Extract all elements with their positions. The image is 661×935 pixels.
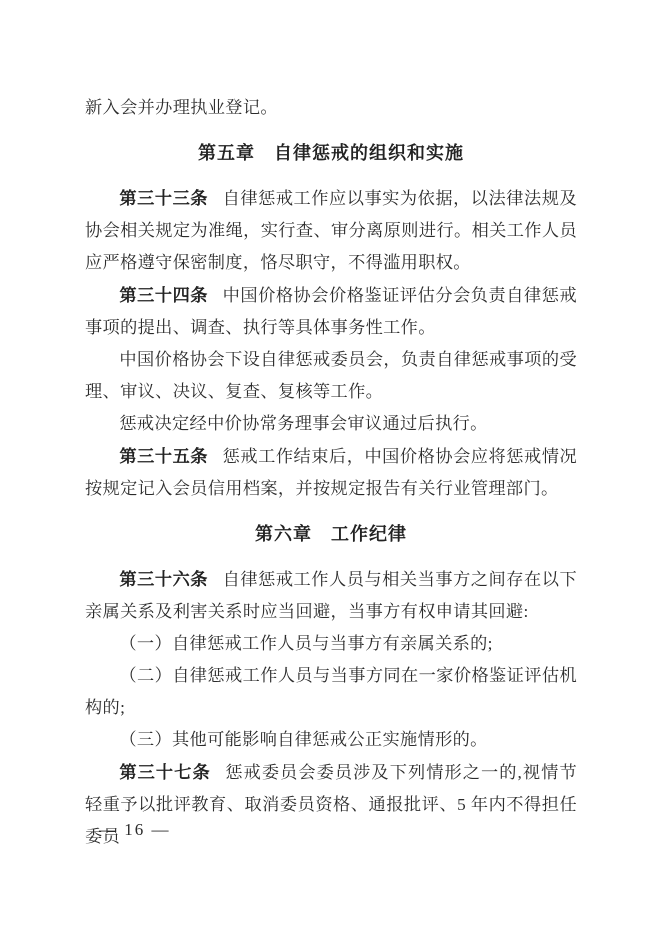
- article-number: 第三十五条: [119, 446, 208, 466]
- article-paragraph: 第三十四条中国价格协会价格鉴证评估分会负责自律惩戒事项的提出、调查、执行等具体事…: [85, 279, 577, 344]
- article-paragraph: 第三十五条惩戒工作结束后，中国价格协会应将惩戒情况按规定记入会员信用档案，并按规…: [85, 440, 577, 505]
- list-item: （一）自律惩戒工作人员与当事方有亲属关系的;: [85, 628, 577, 660]
- chapter-heading: 第五章 自律惩戒的组织和实施: [85, 137, 577, 169]
- article-number: 第三十三条: [119, 188, 208, 208]
- list-item: （二）自律惩戒工作人员与当事方同在一家价格鉴证评估机构的;: [85, 660, 577, 724]
- chapter-heading: 第六章 工作纪律: [85, 518, 577, 550]
- article-number: 第三十四条: [119, 285, 208, 305]
- document-page: 新入会并办理执业登记。第五章 自律惩戒的组织和实施第三十三条自律惩戒工作应以事实…: [0, 0, 661, 935]
- body-paragraph: 新入会并办理执业登记。: [85, 92, 577, 124]
- body-paragraph: 惩戒决定经中价协常务理事会审议通过后执行。: [85, 408, 577, 440]
- article-number: 第三十七条: [119, 762, 210, 782]
- article-paragraph: 第三十三条自律惩戒工作应以事实为依据，以法律法规及协会相关规定为准绳，实行查、审…: [85, 182, 577, 279]
- document-body: 新入会并办理执业登记。第五章 自律惩戒的组织和实施第三十三条自律惩戒工作应以事实…: [85, 92, 577, 853]
- body-paragraph: 中国价格协会下设自律惩戒委员会，负责自律惩戒事项的受理、审议、决议、复查、复核等…: [85, 344, 577, 408]
- list-item: （三）其他可能影响自律惩戒公正实施情形的。: [85, 724, 577, 756]
- article-number: 第三十六条: [119, 569, 208, 589]
- article-paragraph: 第三十六条自律惩戒工作人员与相关当事方之间存在以下亲属关系及利害关系时应当回避，…: [85, 563, 577, 628]
- page-number: — 16 —: [99, 818, 171, 842]
